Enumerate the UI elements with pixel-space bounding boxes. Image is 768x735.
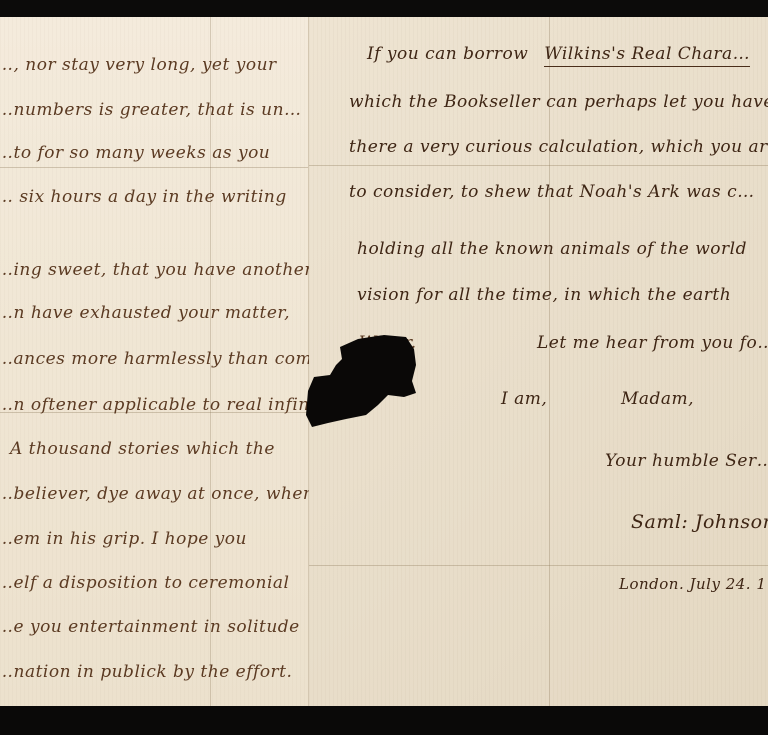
letter-line: …believer, dye away at once, when (0, 484, 314, 504)
dateline: London. July 24. 17… (619, 575, 768, 593)
valediction: Your humble Ser… (605, 451, 768, 471)
salutation-madam: Madam, (621, 389, 694, 409)
letter-line: …ances more harmlessly than com… (0, 349, 330, 369)
letter-line: there a very curious calculation, which … (349, 137, 768, 157)
letter-line: to consider, to shew that Noah's Ark was… (349, 182, 755, 202)
letter-line: If you can borrow Wilkins's Real Chara… (367, 44, 750, 64)
top-background-band (0, 0, 768, 18)
burn-hole-damage (306, 335, 418, 431)
letter-line: A thousand stories which the (10, 439, 275, 459)
letter-line: …elf a disposition to ceremonial (0, 573, 289, 593)
fold-line (0, 167, 308, 168)
signature: Saml: Johnson (631, 511, 768, 533)
letter-line: holding all the known animals of the wor… (357, 239, 747, 259)
fold-line (309, 565, 768, 566)
letter-line: …nation in publick by the effort. (0, 662, 292, 682)
letter-line: …, nor stay very long, yet your (0, 55, 277, 75)
letter-text: If you can borrow (367, 44, 528, 64)
closing-line: Let me hear from you fo… (537, 333, 768, 353)
bottom-background-band (0, 706, 768, 735)
salutation-i-am: I am, (501, 389, 547, 409)
letter-left-page: …, nor stay very long, yet your …numbers… (0, 17, 309, 707)
letter-line: …ing sweet, that you have another (0, 260, 313, 280)
letter-line: which the Bookseller can perhaps let you… (349, 92, 768, 112)
letter-line: …n oftener applicable to real infinite (0, 395, 334, 415)
fold-line (549, 17, 550, 707)
letter-line: …e you entertainment in solitude (0, 617, 300, 637)
letter-line: …n have exhausted your matter, (0, 303, 290, 323)
fold-line (309, 165, 768, 166)
letter-line: …em in his grip. I hope you (0, 529, 247, 549)
letter-line: …numbers is greater, that is un… (0, 100, 302, 120)
letter-line: … six hours a day in the writing (0, 187, 287, 207)
letter-line: …to for so many weeks as you (0, 143, 270, 163)
letter-line: vision for all the time, in which the ea… (357, 285, 731, 305)
underlined-book-title: Wilkins's Real Chara… (544, 44, 750, 67)
